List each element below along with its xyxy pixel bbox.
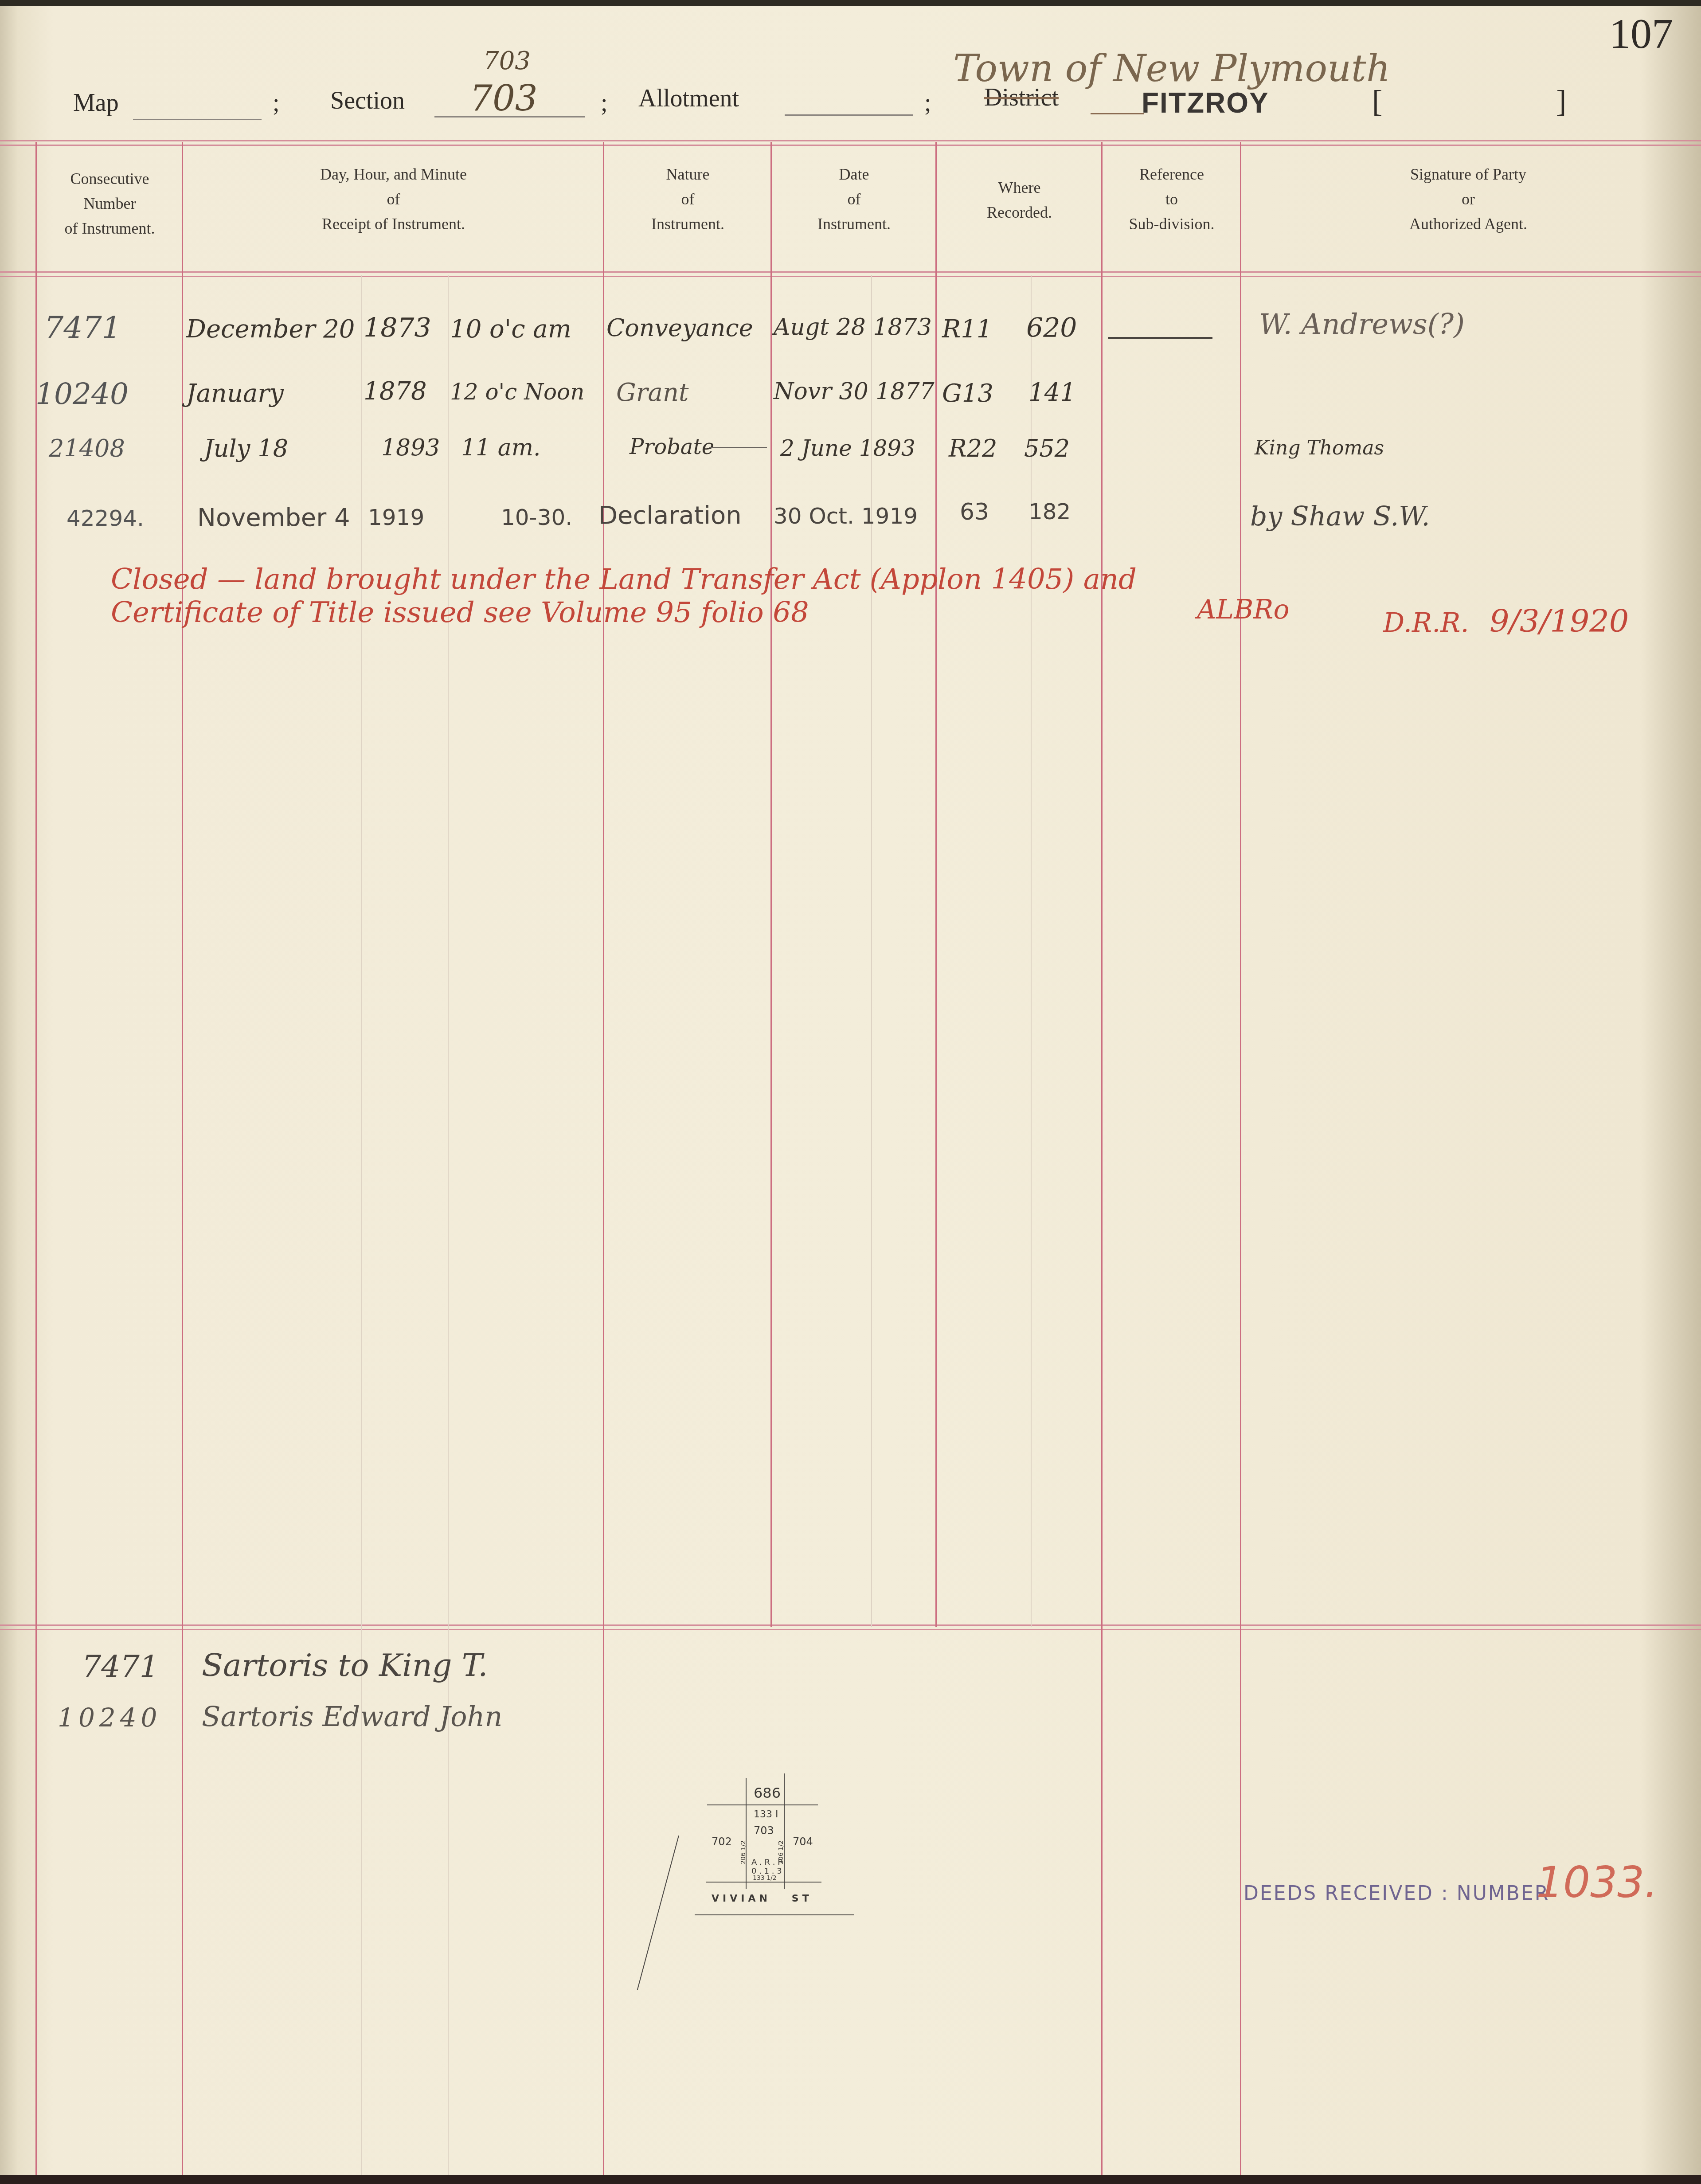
closing-note-line-1: Closed — land brought under the Land Tra… [111, 563, 1137, 596]
district-stamp: FITZROY [1142, 86, 1269, 119]
sketch-right-lot: 704 [793, 1836, 813, 1848]
column-rule [935, 142, 937, 1627]
signature: King Thomas [1255, 437, 1384, 459]
instrument-date: 2 June 1893 [780, 435, 915, 461]
column-header-reference: Reference to Sub-division. [1103, 162, 1240, 236]
recorded-folio: 141 [1028, 378, 1076, 407]
sketch-boundary [746, 1778, 747, 1889]
receipt-time: 10 o'c am [450, 315, 571, 344]
table-row: 42294. November 4 1919 10-30. Declaratio… [0, 492, 1701, 541]
table-row: 7471 December 20 1873 10 o'c am Conveyan… [0, 306, 1701, 355]
receipt-time: 11 am. [461, 434, 541, 461]
signature: W. Andrews(?) [1259, 308, 1465, 341]
column-header-consecutive-number: Consecutive Number of Instrument. [38, 166, 182, 241]
instrument-number: 10240 [35, 377, 129, 411]
recorded-book: 63 [960, 499, 989, 525]
table-row: 21408 July 18 1893 11 am. Probate 2 June… [0, 426, 1701, 474]
instrument-nature: Probate [630, 434, 714, 459]
faint-rule [1031, 275, 1032, 1627]
recorded-book: R11 [942, 315, 992, 344]
bracket-open: [ [1372, 84, 1382, 120]
header-rule-top-2 [0, 145, 1701, 146]
book-bottom-edge [0, 2175, 1701, 2184]
column-header-where-recorded: Where Recorded. [938, 175, 1101, 225]
table-row: 10240 January 1878 12 o'c Noon Grant Nov… [0, 370, 1701, 419]
closing-note-date: 9/3/1920 [1490, 603, 1629, 639]
allotment-field [785, 114, 913, 116]
column-rule [770, 142, 772, 1627]
instrument-nature: Declaration [598, 501, 742, 530]
nature-dash [709, 447, 767, 448]
column-header-receipt: Day, Hour, and Minute of Receipt of Inst… [184, 162, 603, 236]
section-value: 703 [470, 78, 538, 119]
reference-dash [1108, 337, 1212, 339]
sketch-street: VIVIAN ST [712, 1893, 813, 1904]
district-strike [1091, 113, 1144, 114]
instrument-nature: Conveyance [606, 314, 753, 342]
instrument-date: Novr 30 1877 [774, 378, 935, 405]
instrument-number: 7471 [44, 310, 121, 345]
sketch-frontage-top: 133 I [754, 1809, 778, 1820]
recorded-folio: 182 [1028, 499, 1071, 524]
sketch-boundary [707, 1804, 818, 1805]
separator: ; [273, 89, 280, 117]
deeds-received-stamp: DEEDS RECEIVED : NUMBER [1243, 1882, 1549, 1905]
closing-note-registrar: D.R.R. [1383, 607, 1469, 638]
receipt-time: 10-30. [501, 505, 572, 530]
district-handwritten: Town of New Plymouth [953, 47, 1390, 90]
book-top-edge [0, 0, 1701, 6]
recorded-folio: 620 [1026, 313, 1077, 344]
sketch-area-label: A . R . P [751, 1858, 782, 1867]
column-header-nature: Nature of Instrument. [605, 162, 770, 236]
header-rule-top [0, 140, 1701, 141]
section-superscript: 703 [483, 47, 531, 75]
index-number: 7471 [82, 1649, 159, 1684]
ledger-page: 107 Map ; Section 703 703 ; Allotment ; … [0, 0, 1701, 2184]
separator: ; [924, 89, 931, 117]
receipt-year: 1919 [368, 505, 424, 530]
allotment-label: Allotment [638, 84, 739, 113]
closing-note-line-2: Certificate of Title issued see Volume 9… [111, 596, 809, 629]
sketch-lot: 703 [754, 1824, 774, 1837]
page-number: 107 [1609, 9, 1673, 58]
instrument-nature: Grant [616, 378, 688, 407]
sketch-boundary [784, 1773, 785, 1889]
instrument-number: 21408 [49, 434, 125, 462]
receipt-time: 12 o'c Noon [450, 379, 584, 405]
instrument-date: 30 Oct. 1919 [774, 503, 918, 529]
section-rule [0, 1624, 1701, 1626]
signature: by Shaw S.W. [1250, 501, 1430, 532]
instrument-date: Augt 28 1873 [774, 314, 932, 341]
plan-sketch: 686 133 I 703 702 704 206 1/2 206 1/2 A … [643, 1729, 997, 1995]
faint-rule [448, 275, 449, 2177]
index-number: 10240 [58, 1703, 162, 1733]
receipt-day: January [186, 379, 284, 408]
column-header-signature: Signature of Party or Authorized Agent. [1242, 162, 1694, 236]
receipt-year: 1893 [381, 434, 440, 461]
instrument-number: 42294. [66, 505, 144, 531]
north-arrow [637, 1836, 679, 1990]
map-label: Map [73, 89, 119, 117]
faint-rule [871, 275, 872, 1627]
index-names: Sartoris Edward John [202, 1700, 502, 1733]
sketch-boundary [706, 1882, 821, 1883]
sketch-frontage-bottom: 133 1/2 [753, 1875, 777, 1882]
separator: ; [601, 89, 608, 117]
recorded-book: R22 [949, 434, 997, 462]
recorded-book: G13 [942, 379, 993, 408]
header-rule-bottom [0, 271, 1701, 273]
map-field [133, 119, 262, 120]
sketch-top-lot: 686 [754, 1785, 781, 1801]
section-rule-2 [0, 1629, 1701, 1630]
index-names: Sartoris to King T. [202, 1647, 488, 1683]
bracket-close: ] [1556, 84, 1566, 120]
sketch-left-lot: 702 [712, 1836, 732, 1848]
receipt-year: 1878 [364, 377, 427, 406]
header-rule-bottom-2 [0, 276, 1701, 277]
recorded-folio: 552 [1024, 434, 1070, 462]
closing-note-initials: ALBRo [1197, 594, 1290, 625]
receipt-day: July 18 [204, 434, 288, 462]
sketch-street-line [695, 1914, 854, 1915]
receipt-year: 1873 [364, 313, 431, 344]
receipt-day: December 20 [186, 315, 355, 344]
section-label: Section [330, 86, 405, 115]
column-header-date: Date of Instrument. [773, 162, 935, 236]
sketch-left-side: 206 1/2 [740, 1840, 747, 1864]
faint-rule [361, 275, 362, 2177]
receipt-day: November 4 [197, 503, 350, 532]
deeds-received-number: 1033. [1536, 1858, 1658, 1907]
